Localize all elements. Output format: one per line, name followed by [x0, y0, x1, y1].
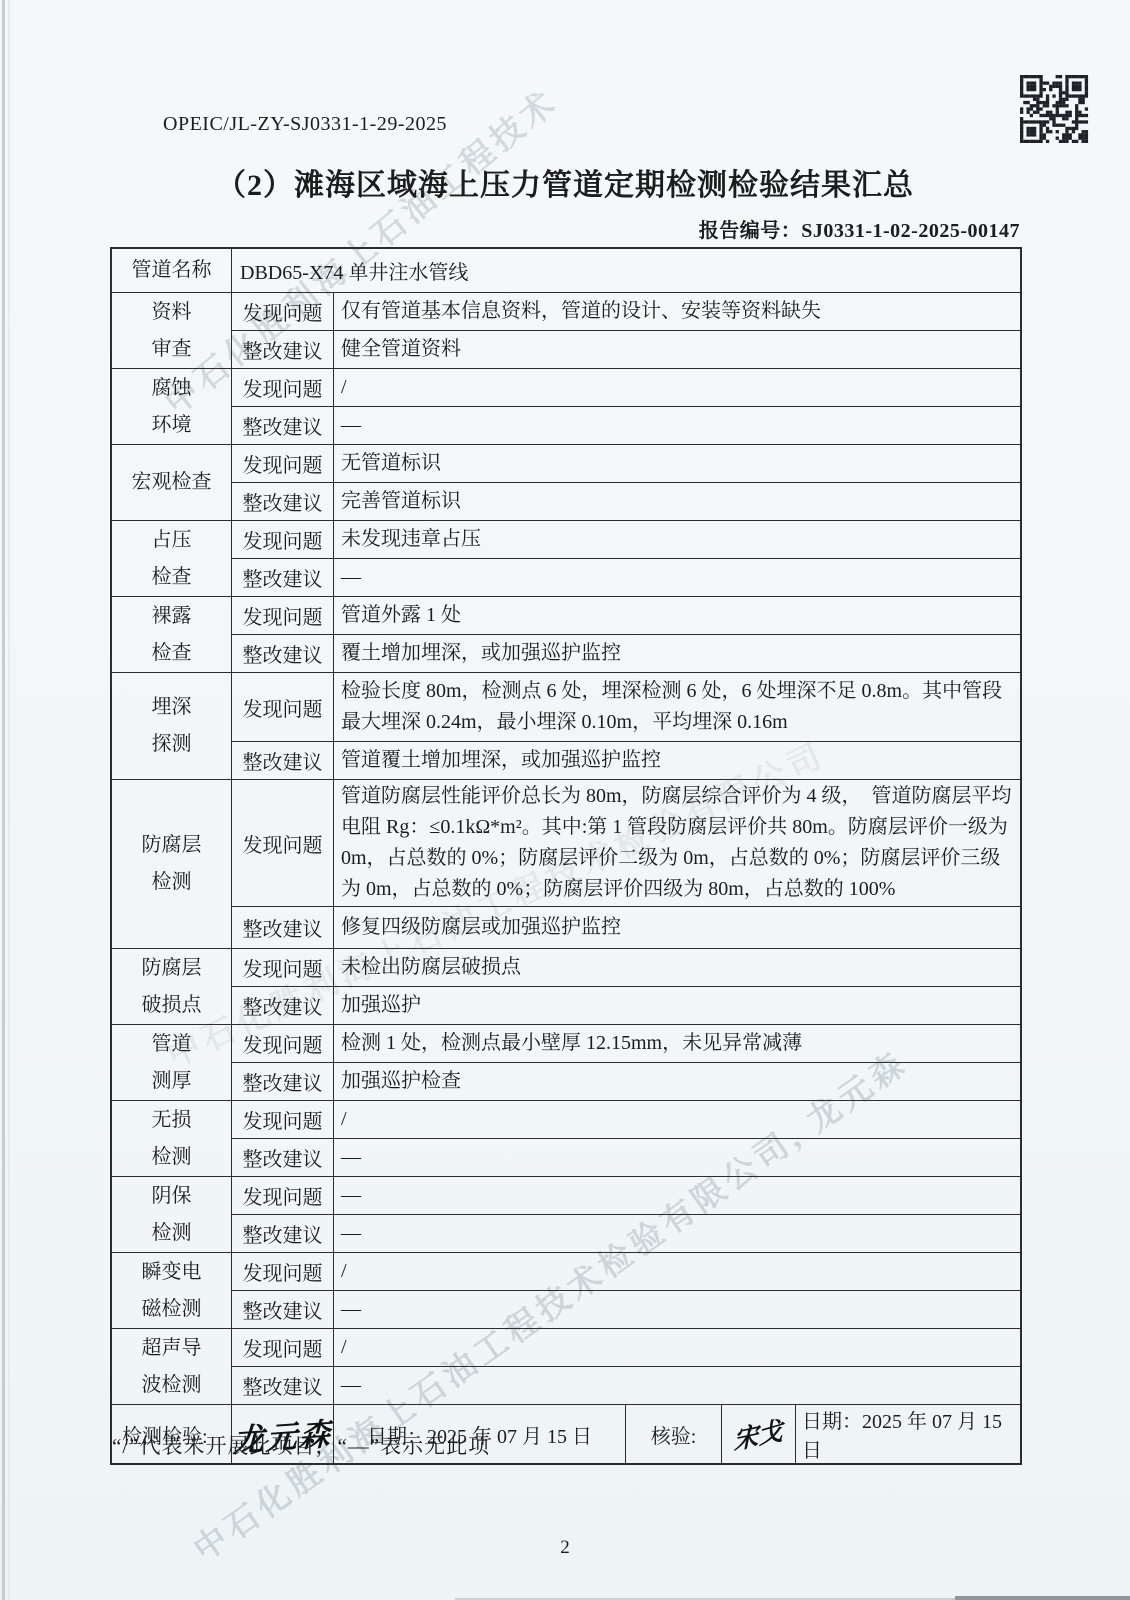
- section-category-6: 埋深探测: [112, 673, 232, 779]
- report-number: 报告编号：SJ0331-1-02-2025-00147: [699, 214, 1020, 243]
- verifier-signature: 宋戈: [722, 1405, 796, 1463]
- table-section: 阴保检测 发现问题 — 整改建议 —: [112, 1176, 1020, 1252]
- suggestion-row: 整改建议 健全管道资料: [232, 330, 1020, 368]
- document-code: OPEIC/JL-ZY-SJ0331-1-29-2025: [163, 113, 447, 136]
- problem-value: —: [334, 1177, 1020, 1214]
- suggestion-label: 整改建议: [232, 987, 334, 1024]
- suggestion-value: —: [334, 1215, 1020, 1252]
- suggestion-row: 整改建议 覆土增加埋深，或加强巡护监控: [232, 634, 1020, 672]
- problem-label: 发现问题: [232, 673, 334, 741]
- problem-value: /: [334, 1329, 1020, 1366]
- problem-label: 发现问题: [232, 949, 334, 986]
- section-category-4: 占压检查: [112, 521, 232, 596]
- suggestion-value: —: [334, 1139, 1020, 1176]
- verifier-date: 日期：2025 年 07 月 15 日: [796, 1405, 1020, 1463]
- problem-value: /: [334, 1101, 1020, 1138]
- problem-value: 仅有管道基本信息资料，管道的设计、安装等资料缺失: [334, 293, 1020, 330]
- problem-value: 未检出防腐层破损点: [334, 949, 1020, 986]
- suggestion-value: 完善管道标识: [334, 483, 1020, 520]
- pipeline-name-row: 管道名称 DBD65-X74 单井注水管线: [112, 249, 1020, 292]
- problem-row: 发现问题 检验长度 80m，检测点 6 处，埋深检测 6 处，6 处埋深不足 0…: [232, 673, 1020, 741]
- problem-label: 发现问题: [232, 445, 334, 482]
- table-section: 腐蚀环境 发现问题 / 整改建议 —: [112, 368, 1020, 444]
- table-section: 防腐层检测 发现问题 管道防腐层性能评价总长为 80m，防腐层综合评价为 4 级…: [112, 779, 1020, 948]
- suggestion-row: 整改建议 —: [232, 1366, 1020, 1404]
- problem-label: 发现问题: [232, 1025, 334, 1062]
- section-category-3: 宏观检查: [112, 445, 232, 520]
- problem-row: 发现问题 未发现违章占压: [232, 521, 1020, 558]
- problem-label: 发现问题: [232, 293, 334, 330]
- problem-label: 发现问题: [232, 597, 334, 634]
- suggestion-value: 管道覆土增加埋深，或加强巡护监控: [334, 742, 1020, 779]
- verifier-signature-text: 宋戈: [733, 1411, 783, 1458]
- problem-row: 发现问题 /: [232, 1101, 1020, 1138]
- section-category-8: 防腐层破损点: [112, 949, 232, 1024]
- table-section: 瞬变电磁检测 发现问题 / 整改建议 —: [112, 1252, 1020, 1328]
- suggestion-label: 整改建议: [232, 742, 334, 779]
- scan-edge-left-inner: [8, 0, 10, 1600]
- problem-label: 发现问题: [232, 1177, 334, 1214]
- problem-row: 发现问题 无管道标识: [232, 445, 1020, 482]
- problem-value: 管道外露 1 处: [334, 597, 1020, 634]
- suggestion-row: 整改建议 完善管道标识: [232, 482, 1020, 520]
- table-section: 管道测厚 发现问题 检测 1 处，检测点最小壁厚 12.15mm，未见异常减薄 …: [112, 1024, 1020, 1100]
- suggestion-row: 整改建议 加强巡护: [232, 986, 1020, 1024]
- table-section: 防腐层破损点 发现问题 未检出防腐层破损点 整改建议 加强巡护: [112, 948, 1020, 1024]
- table-section: 资料审查 发现问题 仅有管道基本信息资料，管道的设计、安装等资料缺失 整改建议 …: [112, 292, 1020, 368]
- table-section: 宏观检查 发现问题 无管道标识 整改建议 完善管道标识: [112, 444, 1020, 520]
- problem-row: 发现问题 管道外露 1 处: [232, 597, 1020, 634]
- problem-row: 发现问题 检测 1 处，检测点最小壁厚 12.15mm，未见异常减薄: [232, 1025, 1020, 1062]
- suggestion-label: 整改建议: [232, 331, 334, 368]
- section-category-9: 管道测厚: [112, 1025, 232, 1100]
- suggestion-row: 整改建议 —: [232, 1214, 1020, 1252]
- page-title: （2）滩海区域海上压力管道定期检测检验结果汇总: [0, 160, 1130, 204]
- problem-label: 发现问题: [232, 1101, 334, 1138]
- section-category-1: 资料审查: [112, 293, 232, 368]
- suggestion-label: 整改建议: [232, 1215, 334, 1252]
- table-section: 占压检查 发现问题 未发现违章占压 整改建议 —: [112, 520, 1020, 596]
- problem-value: 管道防腐层性能评价总长为 80m，防腐层综合评价为 4 级， 管道防腐层平均电阻…: [334, 780, 1020, 906]
- verifier-label: 核验:: [626, 1405, 722, 1463]
- section-category-10: 无损检测: [112, 1101, 232, 1176]
- problem-value: 检验长度 80m，检测点 6 处，埋深检测 6 处，6 处埋深不足 0.8m。其…: [334, 673, 1020, 741]
- problem-row: 发现问题 仅有管道基本信息资料，管道的设计、安装等资料缺失: [232, 293, 1020, 330]
- problem-value: 无管道标识: [334, 445, 1020, 482]
- suggestion-label: 整改建议: [232, 483, 334, 520]
- suggestion-value: 加强巡护: [334, 987, 1020, 1024]
- suggestion-label: 整改建议: [232, 407, 334, 444]
- suggestion-label: 整改建议: [232, 1291, 334, 1328]
- problem-value: /: [334, 1253, 1020, 1290]
- table-section: 超声导波检测 发现问题 / 整改建议 —: [112, 1328, 1020, 1404]
- section-category-12: 瞬变电磁检测: [112, 1253, 232, 1328]
- suggestion-row: 整改建议 —: [232, 1138, 1020, 1176]
- table-sections: 资料审查 发现问题 仅有管道基本信息资料，管道的设计、安装等资料缺失 整改建议 …: [112, 292, 1020, 1404]
- problem-label: 发现问题: [232, 521, 334, 558]
- suggestion-row: 整改建议 修复四级防腐层或加强巡护监控: [232, 906, 1020, 948]
- problem-row: 发现问题 未检出防腐层破损点: [232, 949, 1020, 986]
- inspection-results-table: 管道名称 DBD65-X74 单井注水管线 资料审查 发现问题 仅有管道基本信息…: [110, 247, 1022, 1465]
- section-category-5: 裸露检查: [112, 597, 232, 672]
- suggestion-row: 整改建议 加强巡护检查: [232, 1062, 1020, 1100]
- suggestion-label: 整改建议: [232, 559, 334, 596]
- suggestion-value: 覆土增加埋深，或加强巡护监控: [334, 635, 1020, 672]
- suggestion-label: 整改建议: [232, 1367, 334, 1404]
- suggestion-value: 修复四级防腐层或加强巡护监控: [334, 907, 1020, 948]
- section-category-7: 防腐层检测: [112, 780, 232, 948]
- suggestion-row: 整改建议 —: [232, 558, 1020, 596]
- section-category-2: 腐蚀环境: [112, 369, 232, 444]
- pipeline-name-label: 管道名称: [112, 249, 232, 292]
- problem-label: 发现问题: [232, 1253, 334, 1290]
- table-section: 裸露检查 发现问题 管道外露 1 处 整改建议 覆土增加埋深，或加强巡护监控: [112, 596, 1020, 672]
- problem-label: 发现问题: [232, 1329, 334, 1366]
- table-section: 无损检测 发现问题 / 整改建议 —: [112, 1100, 1020, 1176]
- problem-row: 发现问题 /: [232, 1253, 1020, 1290]
- suggestion-label: 整改建议: [232, 1139, 334, 1176]
- problem-label: 发现问题: [232, 369, 334, 406]
- suggestion-row: 整改建议 —: [232, 406, 1020, 444]
- suggestion-value: 健全管道资料: [334, 331, 1020, 368]
- suggestion-label: 整改建议: [232, 907, 334, 948]
- problem-row: 发现问题 管道防腐层性能评价总长为 80m，防腐层综合评价为 4 级， 管道防腐…: [232, 780, 1020, 906]
- suggestion-value: 加强巡护检查: [334, 1063, 1020, 1100]
- problem-row: 发现问题 /: [232, 1329, 1020, 1366]
- problem-row: 发现问题 /: [232, 369, 1020, 406]
- problem-label: 发现问题: [232, 780, 334, 906]
- suggestion-value: —: [334, 559, 1020, 596]
- suggestion-value: —: [334, 1367, 1020, 1404]
- page-number: 2: [0, 1537, 1130, 1559]
- report-number-label: 报告编号：: [699, 220, 802, 242]
- suggestion-value: —: [334, 407, 1020, 444]
- report-number-value: SJ0331-1-02-2025-00147: [801, 220, 1020, 242]
- suggestion-row: 整改建议 管道覆土增加埋深，或加强巡护监控: [232, 741, 1020, 779]
- suggestion-label: 整改建议: [232, 635, 334, 672]
- section-category-13: 超声导波检测: [112, 1329, 232, 1404]
- qr-code-icon: [1019, 75, 1089, 143]
- problem-value: 未发现违章占压: [334, 521, 1020, 558]
- suggestion-row: 整改建议 —: [232, 1290, 1020, 1328]
- section-category-11: 阴保检测: [112, 1177, 232, 1252]
- scanned-report-page: 中石化胜利海上石油工程技术中石化胜利海上石油工程技术检验有限公司中石化胜利海上石…: [0, 0, 1130, 1600]
- problem-row: 发现问题 —: [232, 1177, 1020, 1214]
- scan-edge-bottom-right: [955, 1596, 1130, 1600]
- scan-edge-left: [2, 0, 5, 1600]
- suggestion-value: —: [334, 1291, 1020, 1328]
- problem-value: /: [334, 369, 1020, 406]
- footnote: “/”代表未开展此项目，“—”表示无此项: [112, 1430, 490, 1460]
- pipeline-name-value: DBD65-X74 单井注水管线: [232, 249, 1020, 292]
- problem-value: 检测 1 处，检测点最小壁厚 12.15mm，未见异常减薄: [334, 1025, 1020, 1062]
- suggestion-label: 整改建议: [232, 1063, 334, 1100]
- table-section: 埋深探测 发现问题 检验长度 80m，检测点 6 处，埋深检测 6 处，6 处埋…: [112, 672, 1020, 779]
